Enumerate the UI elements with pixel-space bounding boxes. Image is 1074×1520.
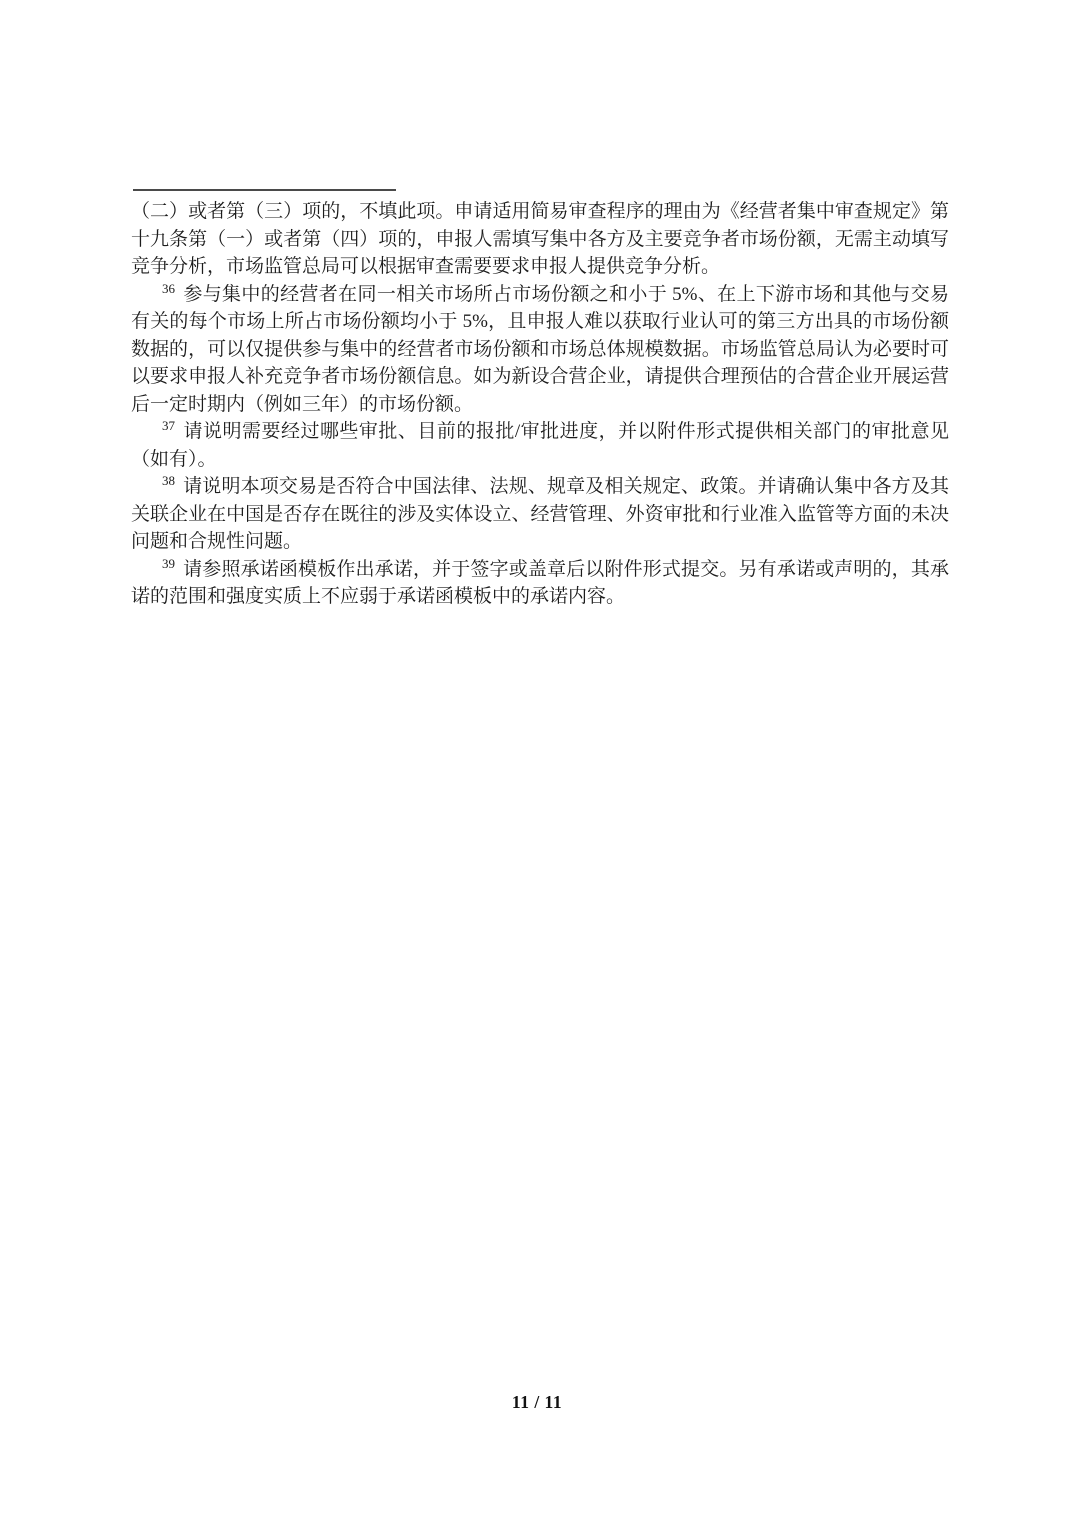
footnote-number-38: 38: [162, 473, 175, 488]
page-number: 11 / 11: [0, 1392, 1074, 1413]
footnote-continuation-paragraph: （二）或者第（三）项的，不填此项。申请适用简易审查程序的理由为《经营者集中审查规…: [131, 198, 949, 281]
footnote-text-36: 参与集中的经营者在同一相关市场所占市场份额之和小于 5%、在上下游市场和其他与交…: [131, 284, 949, 415]
footnote-separator-line: [133, 189, 396, 191]
document-page: （二）或者第（三）项的，不填此项。申请适用简易审查程序的理由为《经营者集中审查规…: [0, 0, 1074, 1520]
footnote-37: 37请说明需要经过哪些审批、目前的报批/审批进度，并以附件形式提供相关部门的审批…: [131, 418, 949, 473]
footnote-continuation-text: （二）或者第（三）项的，不填此项。申请适用简易审查程序的理由为《经营者集中审查规…: [131, 201, 949, 277]
footnote-39: 39请参照承诺函模板作出承诺，并于签字或盖章后以附件形式提交。另有承诺或声明的，…: [131, 556, 949, 611]
footnote-number-39: 39: [162, 556, 175, 571]
footnote-number-37: 37: [162, 418, 175, 433]
footnote-36: 36参与集中的经营者在同一相关市场所占市场份额之和小于 5%、在上下游市场和其他…: [131, 281, 949, 419]
footnote-text-37: 请说明需要经过哪些审批、目前的报批/审批进度，并以附件形式提供相关部门的审批意见…: [131, 421, 949, 470]
footnotes-section: （二）或者第（三）项的，不填此项。申请适用简易审查程序的理由为《经营者集中审查规…: [131, 198, 949, 611]
footnote-38: 38请说明本项交易是否符合中国法律、法规、规章及相关规定、政策。并请确认集中各方…: [131, 473, 949, 556]
footnote-number-36: 36: [162, 281, 175, 296]
footnote-text-38: 请说明本项交易是否符合中国法律、法规、规章及相关规定、政策。并请确认集中各方及其…: [131, 476, 949, 552]
footnote-text-39: 请参照承诺函模板作出承诺，并于签字或盖章后以附件形式提交。另有承诺或声明的，其承…: [131, 559, 949, 608]
